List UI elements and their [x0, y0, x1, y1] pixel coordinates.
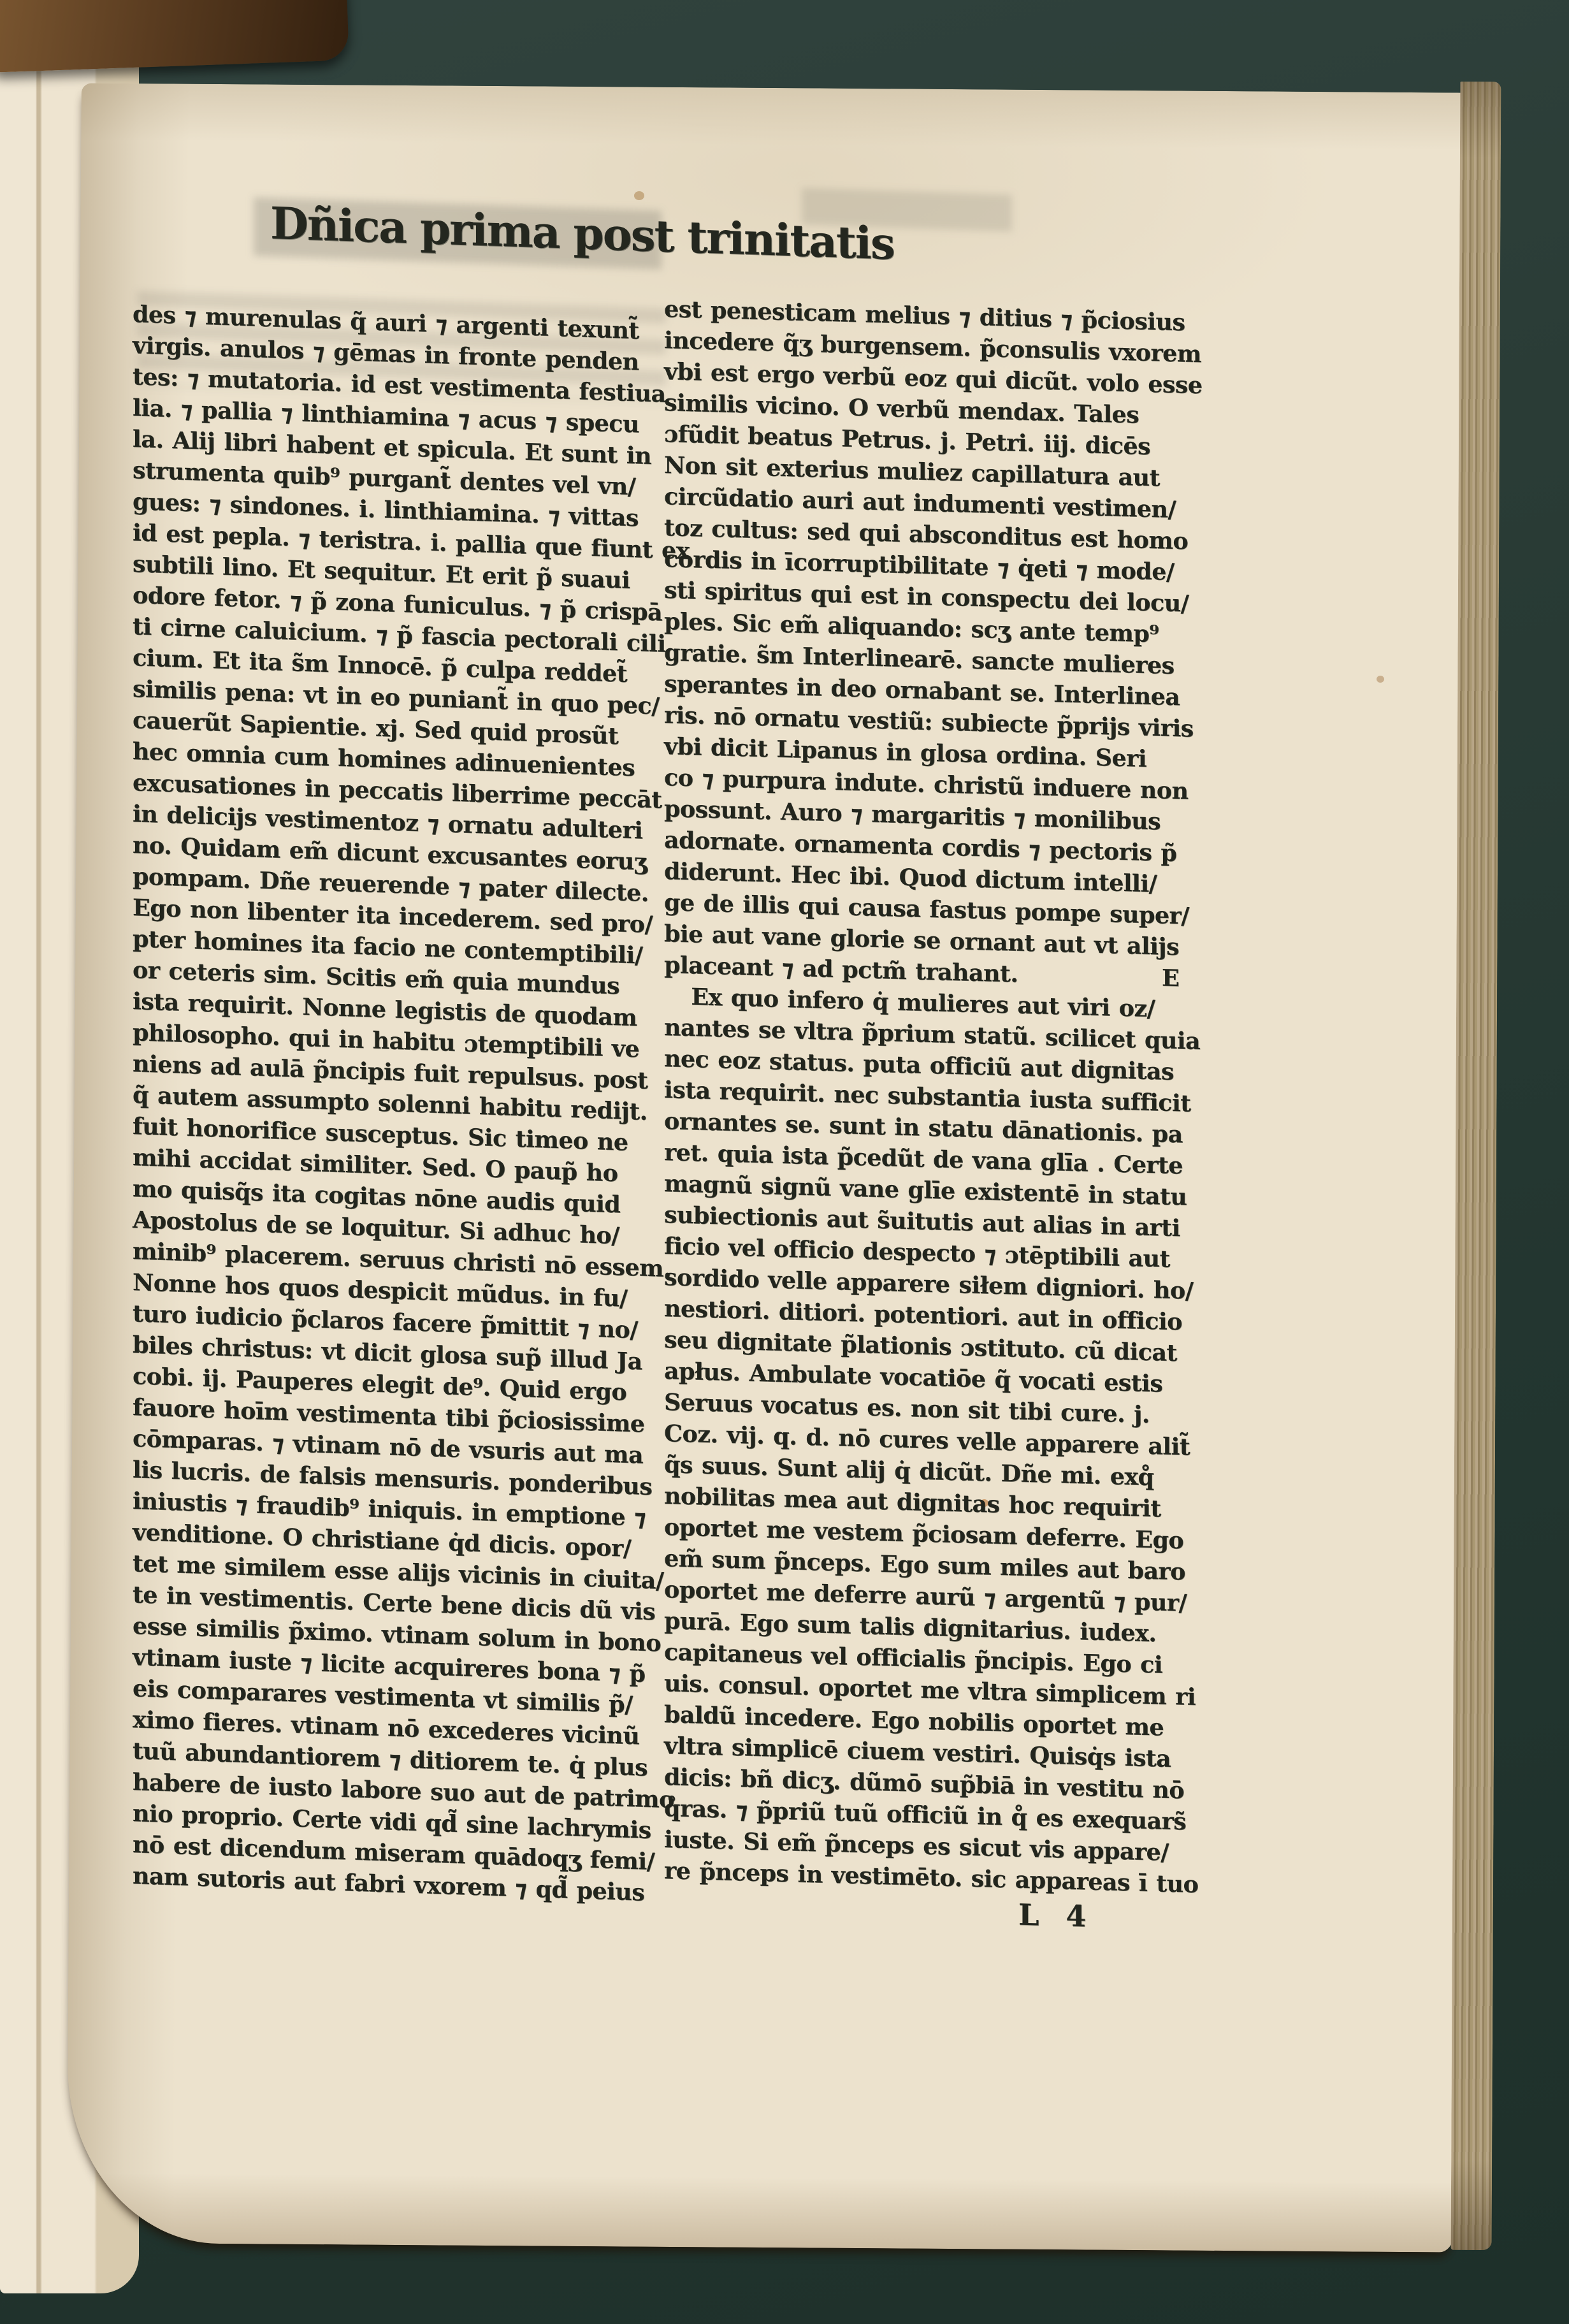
signature-mark: L 4 [1018, 1898, 1086, 1934]
book-photo: Dñica prima post trinitatis des ⁊ murenu… [0, 0, 1569, 2324]
left-text-column: des ⁊ murenulas q̃ auri ⁊ argenti texunt… [133, 298, 690, 1910]
stain [634, 191, 644, 200]
right-text-column: est penesticam melius ⁊ ditius ⁊ p̃ciosi… [664, 293, 1202, 1900]
fore-edge-page-stack [1451, 82, 1501, 2250]
stain [1377, 676, 1384, 683]
leather-binding-corner [0, 0, 349, 73]
